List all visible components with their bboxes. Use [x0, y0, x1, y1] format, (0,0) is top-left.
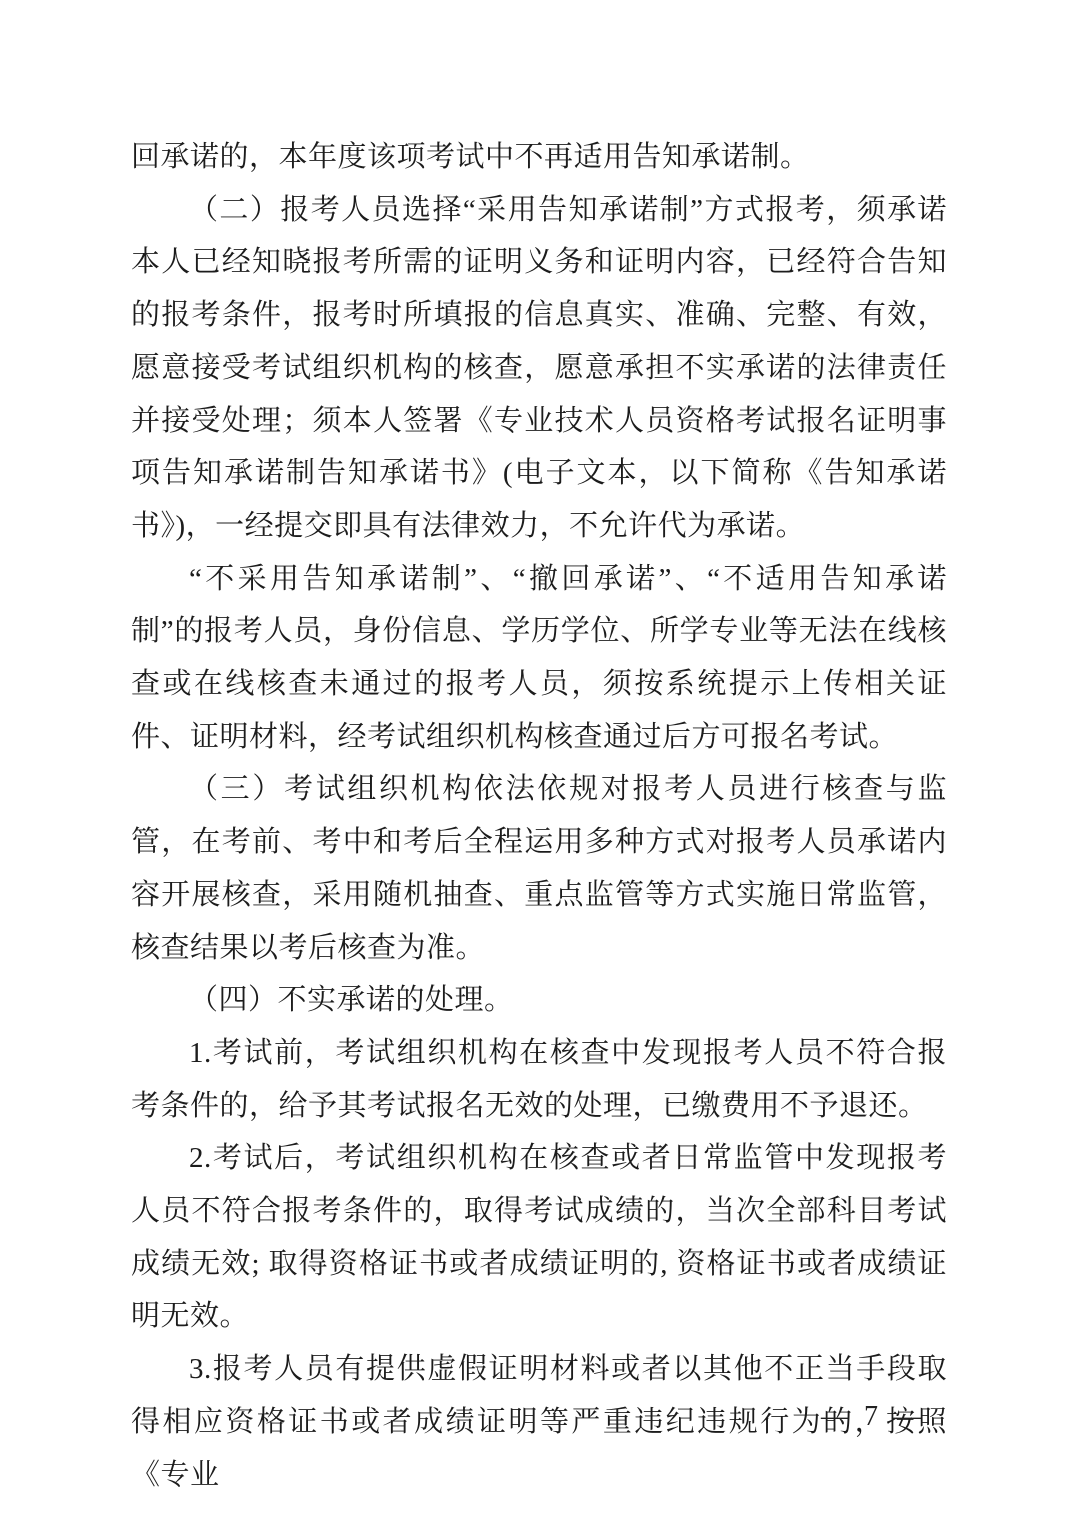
- paragraph: （四）不实承诺的处理。: [131, 974, 947, 1027]
- paragraph: （二）报考人员选择“采用告知承诺制”方式报考，须承诺本人已经知晓报考所需的证明义…: [131, 184, 947, 553]
- paragraph: 回承诺的，本年度该项考试中不再适用告知承诺制。: [131, 131, 947, 184]
- paragraph: 1.考试前，考试组织机构在核查中发现报考人员不符合报考条件的，给予其考试报名无效…: [131, 1027, 947, 1132]
- page-number: — 7 —: [821, 1400, 925, 1434]
- document-body: 回承诺的，本年度该项考试中不再适用告知承诺制。（二）报考人员选择“采用告知承诺制…: [131, 131, 947, 1501]
- paragraph: 2.考试后，考试组织机构在核查或者日常监管中发现报考人员不符合报考条件的，取得考…: [131, 1132, 947, 1343]
- paragraph: （三）考试组织机构依法依规对报考人员进行核查与监管，在考前、考中和考后全程运用多…: [131, 763, 947, 974]
- paragraph: “不采用告知承诺制”、“撤回承诺”、“不适用告知承诺制”的报考人员，身份信息、学…: [131, 553, 947, 764]
- document-page: 回承诺的，本年度该项考试中不再适用告知承诺制。（二）报考人员选择“采用告知承诺制…: [0, 0, 1074, 1520]
